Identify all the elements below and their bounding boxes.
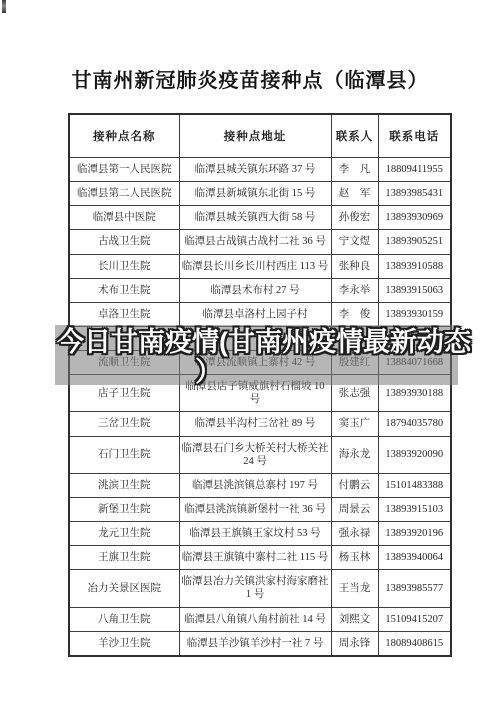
cell-name: 八角卫生院 <box>69 607 179 631</box>
cell-name: 王旗卫生院 <box>69 546 179 570</box>
cell-address: 临潭县八角镇八角村前社 14 号 <box>179 607 331 631</box>
cell-contact: 张志强 <box>331 375 378 412</box>
cell-address: 临潭县石门乡大桥关村大桥关社 24 号 <box>179 436 331 473</box>
table-row: 古战卫生院临潭县古战镇古战村二社 36 号宁文煜13893905251 <box>69 230 451 254</box>
table-row: 羊沙卫生院临潭县羊沙镇羊沙村一社 7 号周永锋18089408615 <box>69 631 451 656</box>
cell-address <box>179 326 331 350</box>
column-header: 接种点名称 <box>69 114 179 158</box>
table-row: 石门卫生院临潭县石门乡大桥关村大桥关社 24 号海永龙13893920090 <box>69 436 451 473</box>
vaccination-sites-table: 接种点名称接种点地址联系人联系电话 临潭县第一人民医院临潭县城关镇东环路 37 … <box>68 113 452 657</box>
cell-name: 术布卫生院 <box>69 278 179 302</box>
cell-phone: 18089408615 <box>378 631 451 656</box>
cell-contact: 周永锋 <box>331 631 378 656</box>
table-row: 店子卫生院临潭县店子镇威旗村石榴坡 10 号张志强13893930188 <box>69 375 451 412</box>
cell-address: 临潭县王旗镇中寨村二社 115 号 <box>179 546 331 570</box>
cell-phone: 13893915063 <box>378 278 451 302</box>
cell-name <box>69 326 179 350</box>
cell-phone: 13893940064 <box>378 546 451 570</box>
column-header: 联系电话 <box>378 114 451 158</box>
cell-name: 长川卫生院 <box>69 254 179 278</box>
cell-name: 羊沙卫生院 <box>69 631 179 656</box>
cell-address: 临潭县流顺镇上寨村 42 号 <box>179 351 331 375</box>
cell-phone: 13893905251 <box>378 230 451 254</box>
cell-phone: 13893930188 <box>378 375 451 412</box>
cell-name: 流顺卫生院 <box>69 351 179 375</box>
cell-phone: 13893920196 <box>378 522 451 546</box>
cell-phone: 15101483388 <box>378 473 451 497</box>
table-row: 卓洛卫生院临潭县卓洛村上园子村李 俊13893930159 <box>69 302 451 326</box>
cell-name: 石门卫生院 <box>69 436 179 473</box>
cell-name: 临潭县中医院 <box>69 206 179 230</box>
cell-name: 龙元卫生院 <box>69 522 179 546</box>
cell-phone: 13893920090 <box>378 436 451 473</box>
table-row: 八角卫生院临潭县八角镇八角村前社 14 号刘熙文15109415207 <box>69 607 451 631</box>
document-page: 甘南州新冠肺炎疫苗接种点（临潭县） 接种点名称接种点地址联系人联系电话 临潭县第… <box>0 0 500 708</box>
cell-address: 临潭县洮滨镇总寨村 197 号 <box>179 473 331 497</box>
cell-contact: 李 俊 <box>331 302 378 326</box>
cell-phone: 13893985431 <box>378 182 451 206</box>
cell-phone: 13893930159 <box>378 302 451 326</box>
scan-artifact-mark <box>2 0 6 13</box>
cell-name: 卓洛卫生院 <box>69 302 179 326</box>
cell-contact: 王当龙 <box>331 570 378 607</box>
table-row: 冶力关景区医院临潭县冶力关镇洪家村海家磨社 1 号王当龙13893985577 <box>69 570 451 607</box>
table-row: 629317066 <box>69 326 451 350</box>
cell-address: 临潭县洮滨镇新堡村一社 36 号 <box>179 497 331 521</box>
cell-phone: 15109415207 <box>378 607 451 631</box>
cell-contact: 赵 军 <box>331 182 378 206</box>
cell-phone: 13893915103 <box>378 497 451 521</box>
cell-contact: 窦玉广 <box>331 412 378 436</box>
cell-name: 临潭县第二人民医院 <box>69 182 179 206</box>
cell-phone: 18809411955 <box>378 158 451 182</box>
cell-address: 临潭县店子镇威旗村石榴坡 10 号 <box>179 375 331 412</box>
cell-name: 新堡卫生院 <box>69 497 179 521</box>
table-header-row: 接种点名称接种点地址联系人联系电话 <box>69 114 451 158</box>
cell-contact: 海永龙 <box>331 436 378 473</box>
table-row: 三岔卫生院临潭县半沟村三岔社 89 号窦玉广18794035780 <box>69 412 451 436</box>
table-row: 王旗卫生院临潭县王旗镇中寨村二社 115 号杨玉林13893940064 <box>69 546 451 570</box>
column-header: 接种点地址 <box>179 114 331 158</box>
table-row: 临潭县中医院临潭县城关镇西大街 58 号孙俊宏13893930969 <box>69 206 451 230</box>
cell-contact: 周景云 <box>331 497 378 521</box>
cell-address: 临潭县城关镇西大街 58 号 <box>179 206 331 230</box>
cell-contact: 殷建红 <box>331 351 378 375</box>
table-row: 流顺卫生院临潭县流顺镇上寨村 42 号殷建红13884071668 <box>69 351 451 375</box>
cell-address: 临潭县新城镇东北街 15 号 <box>179 182 331 206</box>
table-row: 临潭县第一人民医院临潭县城关镇东环路 37 号李 凡18809411955 <box>69 158 451 182</box>
cell-contact: 强永禄 <box>331 522 378 546</box>
cell-name: 古战卫生院 <box>69 230 179 254</box>
cell-address: 临潭县术布村 27 号 <box>179 278 331 302</box>
cell-name: 冶力关景区医院 <box>69 570 179 607</box>
column-header: 联系人 <box>331 114 378 158</box>
cell-contact: 刘熙文 <box>331 607 378 631</box>
cell-name: 洮滨卫生院 <box>69 473 179 497</box>
cell-contact: 张种良 <box>331 254 378 278</box>
cell-contact <box>331 326 378 350</box>
cell-address: 临潭县王旗镇王家坟村 53 号 <box>179 522 331 546</box>
cell-contact: 李永举 <box>331 278 378 302</box>
cell-contact: 李 凡 <box>331 158 378 182</box>
table-row: 术布卫生院临潭县术布村 27 号李永举13893915063 <box>69 278 451 302</box>
cell-phone: 629317066 <box>378 326 451 350</box>
cell-address: 临潭县羊沙镇羊沙村一社 7 号 <box>179 631 331 656</box>
table-row: 新堡卫生院临潭县洮滨镇新堡村一社 36 号周景云13893915103 <box>69 497 451 521</box>
table-row: 临潭县第二人民医院临潭县新城镇东北街 15 号赵 军13893985431 <box>69 182 451 206</box>
cell-address: 临潭县城关镇东环路 37 号 <box>179 158 331 182</box>
cell-phone: 18794035780 <box>378 412 451 436</box>
table-row: 长川卫生院临潭县长川乡长川村西庄 113 号张种良13893910588 <box>69 254 451 278</box>
cell-address: 临潭县长川乡长川村西庄 113 号 <box>179 254 331 278</box>
cell-address: 临潭县卓洛村上园子村 <box>179 302 331 326</box>
cell-name: 临潭县第一人民医院 <box>69 158 179 182</box>
table-row: 洮滨卫生院临潭县洮滨镇总寨村 197 号付鹏云15101483388 <box>69 473 451 497</box>
cell-address: 临潭县半沟村三岔社 89 号 <box>179 412 331 436</box>
cell-contact: 宁文煜 <box>331 230 378 254</box>
cell-phone: 13893985577 <box>378 570 451 607</box>
page-title: 甘南州新冠肺炎疫苗接种点（临潭县） <box>10 64 490 93</box>
cell-phone: 13884071668 <box>378 351 451 375</box>
cell-address: 临潭县古战镇古战村二社 36 号 <box>179 230 331 254</box>
cell-contact: 杨玉林 <box>331 546 378 570</box>
table-body: 临潭县第一人民医院临潭县城关镇东环路 37 号李 凡18809411955临潭县… <box>69 158 451 656</box>
table-row: 龙元卫生院临潭县王旗镇王家坟村 53 号强永禄13893920196 <box>69 522 451 546</box>
cell-phone: 13893910588 <box>378 254 451 278</box>
cell-contact: 孙俊宏 <box>331 206 378 230</box>
cell-name: 三岔卫生院 <box>69 412 179 436</box>
cell-contact: 付鹏云 <box>331 473 378 497</box>
cell-phone: 13893930969 <box>378 206 451 230</box>
cell-address: 临潭县冶力关镇洪家村海家磨社 1 号 <box>179 570 331 607</box>
cell-name: 店子卫生院 <box>69 375 179 412</box>
